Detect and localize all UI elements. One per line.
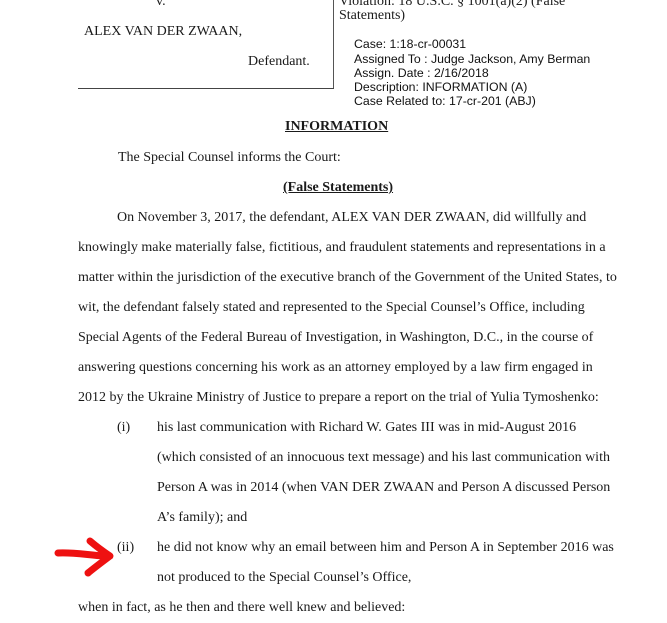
item-line: he did not know why an email between him… — [157, 540, 614, 556]
paragraph-line: wit, the defendant falsely stated and re… — [78, 300, 585, 316]
item-line: Person A was in 2014 (when VAN DER ZWAAN… — [157, 480, 610, 496]
assign-date: Assign. Date : 2/16/2018 — [354, 66, 489, 81]
paragraph-line: Special Agents of the Federal Bureau of … — [78, 330, 593, 346]
document-title: INFORMATION — [285, 119, 388, 135]
assigned-to: Assigned To : Judge Jackson, Amy Berman — [354, 52, 590, 67]
caption-vertical-divider — [333, 0, 334, 89]
paragraph-line: answering questions concerning his work … — [78, 360, 593, 376]
paragraph-line: matter within the jurisdiction of the ex… — [78, 270, 617, 286]
item-marker-i: (i) — [117, 420, 130, 436]
caption-horizontal-divider — [78, 88, 334, 89]
item-line: not produced to the Special Counsel’s Of… — [157, 570, 411, 586]
paragraph-line: On November 3, 2017, the defendant, ALEX… — [117, 210, 586, 226]
intro-text: The Special Counsel informs the Court: — [118, 150, 341, 166]
closing-line: when in fact, as he then and there well … — [78, 600, 405, 616]
versus-text: v. — [156, 0, 166, 10]
item-line: his last communication with Richard W. G… — [157, 420, 576, 436]
case-description: Description: INFORMATION (A) — [354, 80, 527, 95]
case-related: Case Related to: 17-cr-201 (ABJ) — [354, 94, 536, 109]
item-line: (which consisted of an innocuous text me… — [157, 450, 610, 466]
paragraph-line: 2012 by the Ukraine Ministry of Justice … — [78, 390, 599, 406]
defendant-name: ALEX VAN DER ZWAAN, — [84, 24, 242, 40]
red-arrow-icon — [52, 535, 118, 579]
item-marker-ii: (ii) — [117, 540, 134, 556]
count-heading: (False Statements) — [283, 180, 393, 196]
paragraph-line: knowingly make materially false, fictiti… — [78, 240, 606, 256]
item-line: A’s family); and — [157, 510, 247, 526]
defendant-label: Defendant. — [248, 54, 310, 70]
case-number: Case: 1:18-cr-00031 — [354, 37, 466, 52]
violation-line-2: Statements) — [339, 8, 405, 24]
